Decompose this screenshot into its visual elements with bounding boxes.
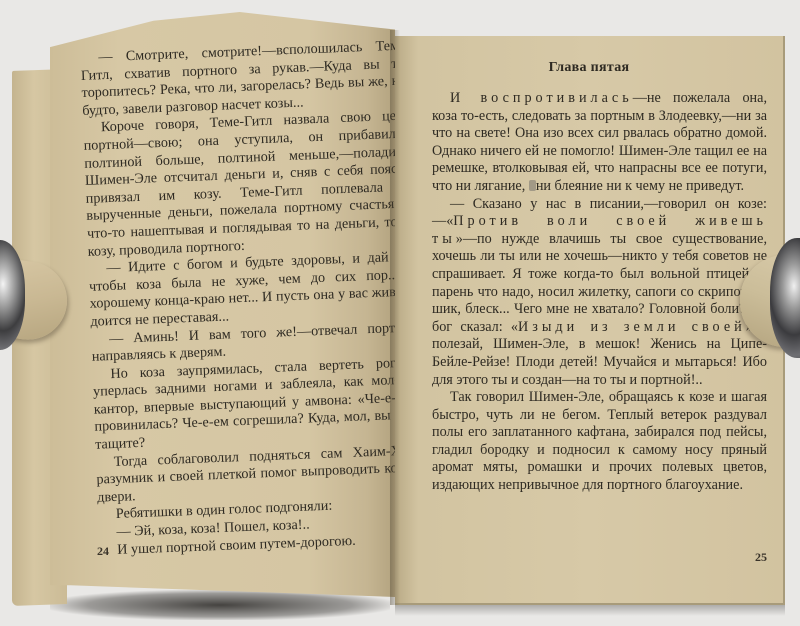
left-page-text: — Смотрите, смотрите!—всполошилась Теме-… — [80, 37, 395, 560]
paragraph: — Смотрите, смотрите!—всполошилась Теме-… — [80, 37, 395, 120]
right-page-text: И воспротивилась—не пожелала она, коза т… — [432, 90, 767, 495]
paragraph: Короче говоря, Теме-Гитл назвала свою це… — [83, 108, 395, 261]
paragraph: И воспротивилась—не пожелала она, коза т… — [432, 90, 767, 196]
spaced-emphasis: Изыди из земли своей — [518, 319, 746, 335]
spaced-emphasis: И воспротивилась — [450, 90, 633, 106]
chapter-title: Глава пятая — [395, 60, 783, 76]
right-page: Глава пятая И воспротивилась—не пожелала… — [395, 36, 785, 605]
book-gutter — [390, 30, 400, 605]
text-run: ни блеяние ни к чему не приведут. — [536, 178, 744, 194]
paragraph: — Сказано у нас в писании,—говорил он ко… — [432, 196, 767, 390]
page-number-left: 24 — [97, 544, 109, 559]
paragraph: — Идите с богом и будьте здоровы, и дай … — [88, 248, 395, 331]
paragraph: Но коза заупрямилась, стала вертеть рога… — [92, 354, 395, 455]
ink-blot — [529, 180, 536, 191]
photo-scene: — Смотрите, смотрите!—всполошилась Теме-… — [0, 0, 800, 626]
page-number-right: 25 — [755, 550, 767, 565]
paragraph: Так говорил Шимен-Эле, обращаясь к козе … — [432, 389, 767, 495]
left-page: — Смотрите, смотрите!—всполошилась Теме-… — [50, 12, 395, 597]
